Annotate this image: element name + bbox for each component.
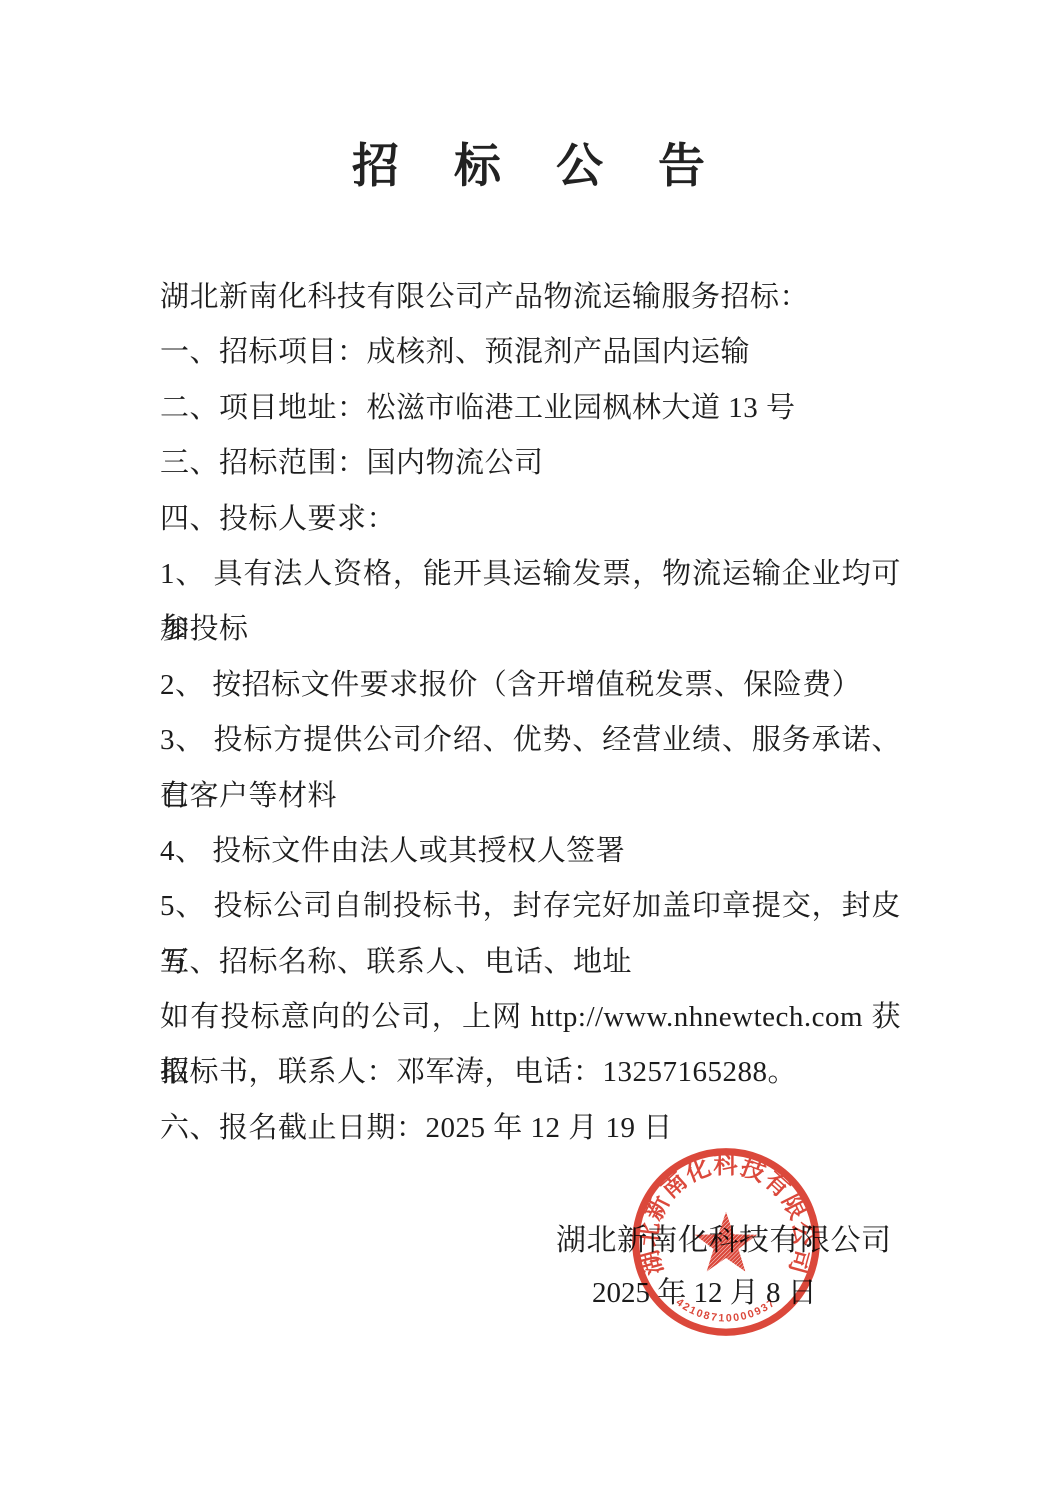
body-line-req-5: 5、 投标公司自制投标书，封存完好加盖印章提交，封皮写	[160, 879, 901, 934]
company-seal: 湖北新南化科技有限公司 42108710000937	[629, 1145, 823, 1339]
body-line-req-1-cont: 加投标	[160, 602, 901, 657]
document-body: 湖北新南化科技有限公司产品物流运输服务招标： 一、招标项目：成核剂、预混剂产品国…	[160, 270, 901, 1156]
body-line-req-4: 4、 投标文件由法人或其授权人签署	[160, 824, 901, 879]
svg-text:42108710000937: 42108710000937	[674, 1296, 779, 1324]
document-page: 招 标 公 告 湖北新南化科技有限公司产品物流运输服务招标： 一、招标项目：成核…	[0, 0, 1061, 1500]
body-line-item-5: 五、招标名称、联系人、电话、地址	[160, 935, 901, 990]
body-line-contact: 招标书，联系人：邓军涛，电话：13257165288。	[160, 1045, 901, 1100]
body-line-item-4: 四、投标人要求：	[160, 492, 901, 547]
body-line-req-3-cont: 有客户等材料	[160, 769, 901, 824]
body-line-item-1: 一、招标项目：成核剂、预混剂产品国内运输	[160, 325, 901, 380]
seal-serial-number: 42108710000937	[674, 1296, 779, 1324]
body-line-req-3: 3、 投标方提供公司介绍、优势、经营业绩、服务承诺、已	[160, 713, 901, 768]
document-title: 招 标 公 告	[0, 138, 1061, 196]
body-line-intro: 湖北新南化科技有限公司产品物流运输服务招标：	[160, 270, 901, 325]
body-line-req-1: 1、 具有法人资格，能开具运输发票，物流运输企业均可参	[160, 547, 901, 602]
body-line-website: 如有投标意向的公司，上网 http://www.nhnewtech.com 获取	[160, 990, 901, 1045]
seal-star-icon	[695, 1212, 758, 1272]
body-line-item-3: 三、招标范围：国内物流公司	[160, 436, 901, 491]
body-line-item-2: 二、项目地址：松滋市临港工业园枫林大道 13 号	[160, 381, 901, 436]
body-line-req-2: 2、 按招标文件要求报价（含开增值税发票、保险费）	[160, 658, 901, 713]
